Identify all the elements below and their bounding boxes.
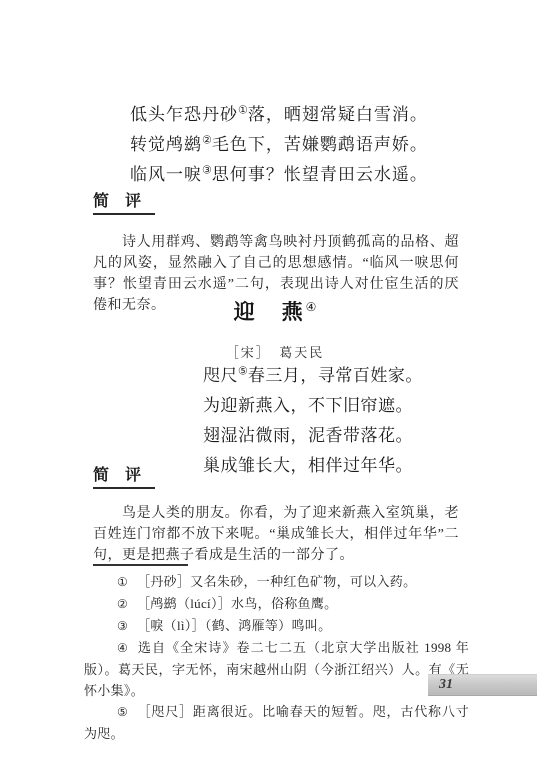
footnote-text: ［咫尺］距离很近。比喻春天的短暂。咫，古代称八寸为咫。	[84, 704, 469, 741]
poem-title-text: 迎 燕	[234, 300, 306, 324]
commentary-paragraph-2: 鸟是人类的朋友。你看，为了迎来新燕入室筑巢，老百姓连门帘都不放下来呢。“巢成雏长…	[93, 503, 459, 566]
poem-line-text: 低头乍恐丹砂	[130, 105, 238, 124]
footnote-marker: ⑤	[117, 705, 129, 719]
footnote-ref-4: ④	[306, 300, 317, 314]
poem-line: 低头乍恐丹砂①落，晒翅常疑白雪消。	[130, 100, 428, 130]
poem-line: 临风一唳③思何事？怅望青田云水遥。	[130, 160, 428, 190]
footnote-marker: ②	[117, 597, 128, 611]
footnote-ref-5: ⑤	[238, 365, 248, 377]
poem-line: 咫尺⑤春三月，寻常百姓家。	[203, 361, 423, 391]
poem-author: ［宋］ 葛天民	[0, 342, 550, 361]
footnote-text: ［鸬鹚（lúcí）］水鸟，俗称鱼鹰。	[137, 596, 337, 611]
poem-line: 转觉鸬鹚②毛色下，苦嫌鹦鹉语声娇。	[130, 130, 428, 160]
book-page: 低头乍恐丹砂①落，晒翅常疑白雪消。 转觉鸬鹚②毛色下，苦嫌鹦鹉语声娇。 临风一唳…	[0, 0, 550, 778]
footnote-item: ②［鸬鹚（lúcí）］水鸟，俗称鱼鹰。	[84, 593, 469, 615]
poem-line-text: 春三月，寻常百姓家。	[248, 366, 423, 385]
footnote-item: ⑤［咫尺］距离很近。比喻春天的短暂。咫，古代称八寸为咫。	[84, 701, 469, 744]
poem-line-text: 翅湿沾微雨，泥香带落花。	[203, 426, 413, 445]
poem-line-text: 为迎新燕入，不下旧帘遮。	[203, 396, 413, 415]
poem-line: 翅湿沾微雨，泥香带落花。	[203, 421, 423, 451]
footnote-marker: ④	[117, 641, 129, 655]
poem-title: 迎 燕④	[0, 296, 550, 326]
poem-line-text: 落，晒翅常疑白雪消。	[248, 105, 428, 124]
footnote-text: 选自《全宋诗》卷二七二五（北京大学出版社 1998 年版）。葛天民，字无怀，南宋…	[84, 640, 469, 698]
poem-line-text: 转觉鸬鹚	[130, 135, 202, 154]
poem-line-text: 巢成雏长大，相伴过年华。	[203, 456, 413, 475]
review-heading-text: 简 评	[93, 188, 155, 215]
poem-line-text: 毛色下，苦嫌鹦鹉语声娇。	[212, 135, 428, 154]
review-heading-text: 简 评	[93, 462, 155, 489]
review-heading-1: 简 评	[93, 188, 155, 215]
page-number-badge: 31	[428, 674, 537, 696]
footnote-item: ④选自《全宋诗》卷二七二五（北京大学出版社 1998 年版）。葛天民，字无怀，南…	[84, 637, 469, 701]
footnote-marker: ①	[117, 575, 128, 589]
footnote-ref-2: ②	[202, 134, 212, 146]
footnote-marker: ③	[117, 619, 128, 633]
review-heading-2: 简 评	[93, 462, 155, 489]
page-number: 31	[428, 675, 453, 695]
footnotes-block: ①［丹砂］又名朱砂，一种红色矿物，可以入药。 ②［鸬鹚（lúcí）］水鸟，俗称鱼…	[84, 571, 469, 744]
footnote-item: ①［丹砂］又名朱砂，一种红色矿物，可以入药。	[84, 571, 469, 593]
poem-line-text: 思何事？怅望青田云水遥。	[212, 165, 428, 184]
poem-line-text: 咫尺	[203, 366, 238, 385]
footnote-item: ③［唳（lì）］（鹤、鸿雁等）鸣叫。	[84, 615, 469, 637]
poem-hawk-block: 低头乍恐丹砂①落，晒翅常疑白雪消。 转觉鸬鹚②毛色下，苦嫌鹦鹉语声娇。 临风一唳…	[130, 100, 428, 190]
footnote-text: ［唳（lì）］（鹤、鸿雁等）鸣叫。	[137, 618, 331, 633]
footnote-text: ［丹砂］又名朱砂，一种红色矿物，可以入药。	[137, 574, 416, 589]
footnote-separator	[93, 564, 188, 566]
poem-swallow-block: 咫尺⑤春三月，寻常百姓家。 为迎新燕入，不下旧帘遮。 翅湿沾微雨，泥香带落花。 …	[203, 361, 423, 481]
footnote-ref-1: ①	[238, 104, 248, 116]
poem-line: 为迎新燕入，不下旧帘遮。	[203, 391, 423, 421]
poem-line: 巢成雏长大，相伴过年华。	[203, 451, 423, 481]
footnote-ref-3: ③	[202, 164, 212, 176]
poem-line-text: 临风一唳	[130, 165, 202, 184]
